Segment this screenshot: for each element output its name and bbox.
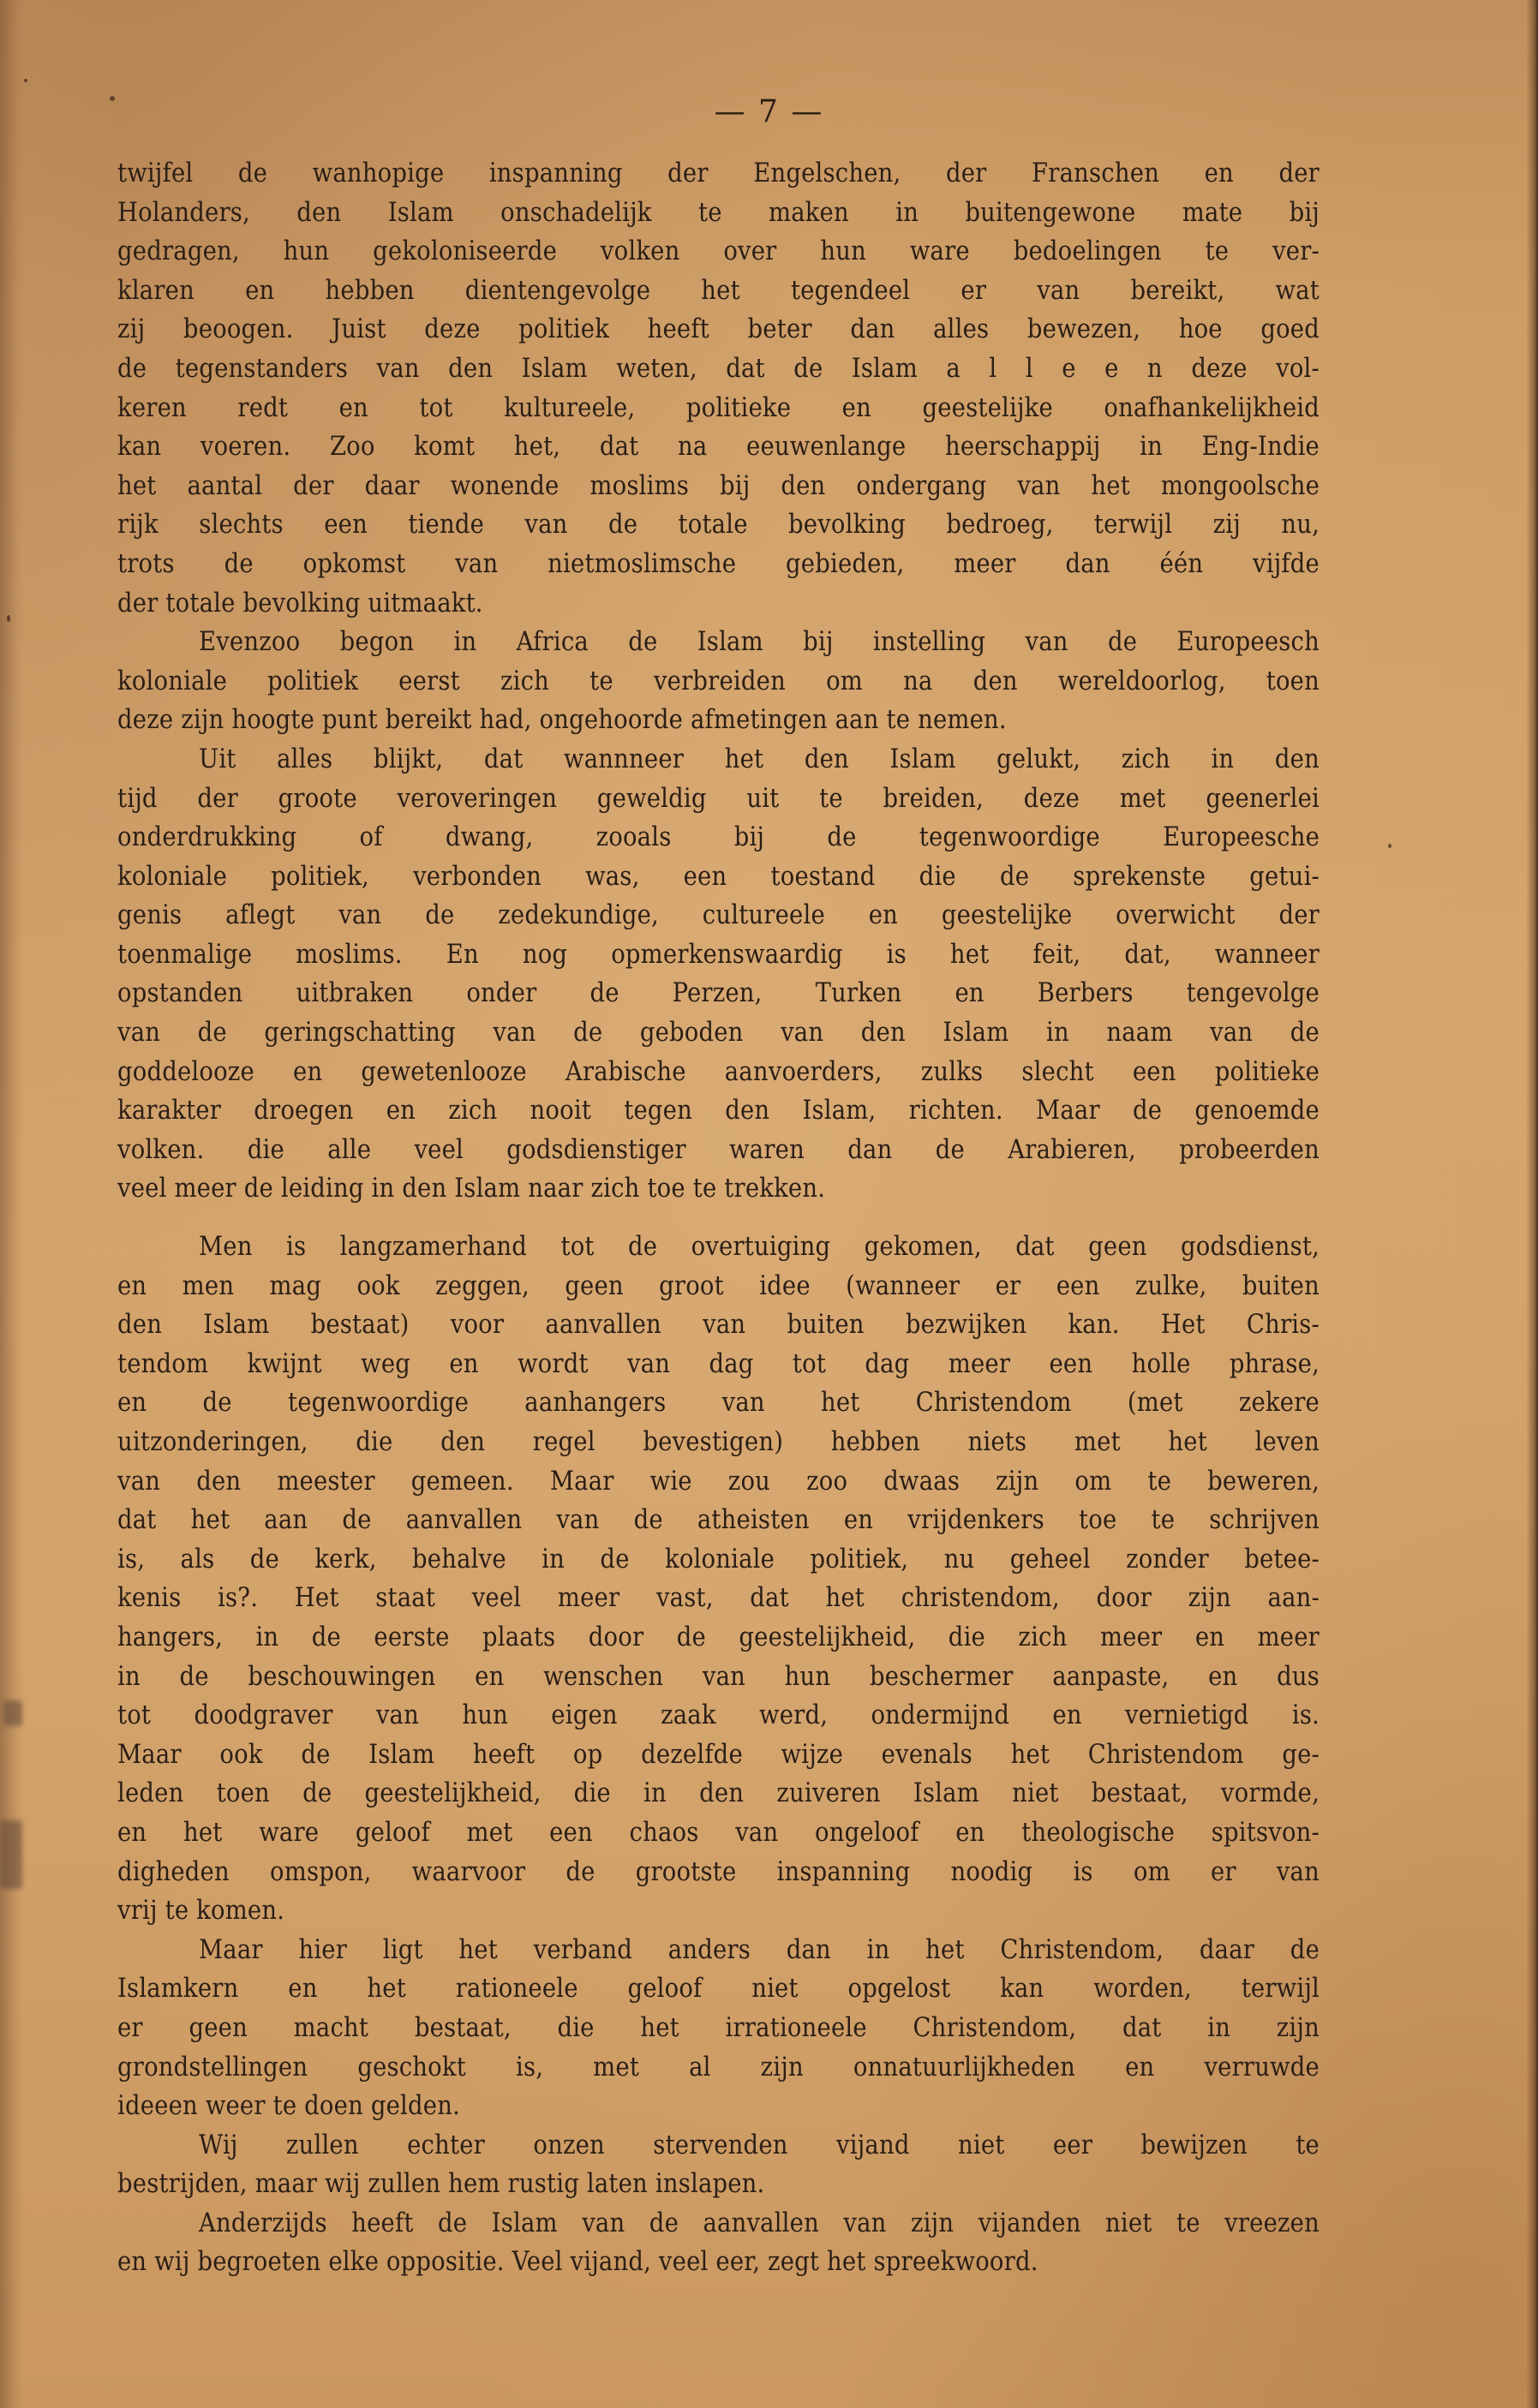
text-line: volken. die alle veel godsdienstiger war… [117,1131,1320,1170]
paragraph: Uit alles blijkt, dat wannneer het den I… [117,740,1320,1209]
paper-speck [7,615,10,622]
text-line: karakter droegen en zich nooit tegen den… [117,1091,1320,1131]
text-line: tijd der groote veroveringen geweldig ui… [117,780,1320,819]
paragraph: Anderzijds heeft de Islam van de aanvall… [117,2204,1320,2282]
paragraph: Maar hier ligt het verband anders dan in… [117,1931,1320,2126]
paragraph: Men is langzamerhand tot de overtuiging … [117,1228,1320,1931]
body-text: twijfel de wanhopige inspanning der Enge… [117,154,1320,2282]
text-line: Maar hier ligt het verband anders dan in… [117,1931,1320,1970]
text-line: leden toen de geestelijkheid, die in den… [117,1774,1320,1813]
text-line: kenis is?. Het staat veel meer vast, dat… [117,1579,1320,1618]
text-line: gedragen, hun gekoloniseerde volken over… [117,232,1320,272]
paragraph: twijfel de wanhopige inspanning der Enge… [117,154,1320,623]
text-line: Evenzoo begon in Africa de Islam bij ins… [117,623,1320,662]
text-line: in de beschouwingen en wenschen van hun … [117,1658,1320,1697]
text-line: koloniale politiek eerst zich te verbrei… [117,662,1320,702]
text-line: het aantal der daar wonende moslims bij … [117,467,1320,506]
text-line: hangers, in de eerste plaats door de gee… [117,1618,1320,1658]
text-line: kan voeren. Zoo komt het, dat na eeuwenl… [117,427,1320,467]
page-right-edge [1526,0,1538,2408]
text-line: opstanden uitbraken onder de Perzen, Tur… [117,974,1320,1013]
text-line: Islamkern en het rationeele geloof niet … [117,1969,1320,2009]
text-line: is, als de kerk, behalve in de koloniale… [117,1540,1320,1580]
text-line: Wij zullen echter onzen stervenden vijan… [117,2126,1320,2166]
text-line: en wij begroeten elke oppositie. Veel vi… [117,2243,1320,2282]
text-line: bestrijden, maar wij zullen hem rustig l… [117,2165,1320,2204]
text-line: uitzonderingen, die den regel bevestigen… [117,1423,1320,1462]
text-line: en de tegenwoordige aanhangers van het C… [117,1383,1320,1423]
text-line: Men is langzamerhand tot de overtuiging … [117,1228,1320,1267]
text-line: Maar ook de Islam heeft op dezelfde wijz… [117,1736,1320,1775]
text-line: zij beoogen. Juist deze politiek heeft b… [117,310,1320,350]
text-line: klaren en hebben dientengevolge het tege… [117,272,1320,311]
paper-speck [24,79,27,82]
text-line: den Islam bestaat) voor aanvallen van bu… [117,1306,1320,1345]
text-line: der totale bevolking uitmaakt. [117,584,1320,624]
text-line: tendom kwijnt weg en wordt van dag tot d… [117,1345,1320,1384]
text-line: twijfel de wanhopige inspanning der Enge… [117,154,1320,194]
paragraph: Wij zullen echter onzen stervenden vijan… [117,2126,1320,2204]
text-line: van de geringschatting van de geboden va… [117,1013,1320,1053]
text-line: koloniale politiek, verbonden was, een t… [117,857,1320,897]
ink-smudge [3,1700,22,1726]
text-line: trots de opkomst van nietmoslimsche gebi… [117,545,1320,584]
text-line: ideeen weer te doen gelden. [117,2087,1320,2126]
text-line: genis aflegt van de zedekundige, culture… [117,896,1320,935]
text-line: goddelooze en gewetenlooze Arabische aan… [117,1053,1320,1092]
text-line: en men mag ook zeggen, geen groot idee (… [117,1267,1320,1306]
text-line: tot doodgraver van hun eigen zaak werd, … [117,1696,1320,1736]
text-line: digheden omspon, waarvoor de grootste in… [117,1853,1320,1892]
text-line: vrij te komen. [117,1891,1320,1931]
text-line: veel meer de leiding in den Islam naar z… [117,1169,1320,1209]
text-line: toenmalige moslims. En nog opmerkenswaar… [117,935,1320,975]
text-line: van den meester gemeen. Maar wie zou zoo… [117,1462,1320,1502]
ink-smudge [0,1820,22,1889]
page-left-shadow [0,0,24,2408]
paragraph: Evenzoo begon in Africa de Islam bij ins… [117,623,1320,740]
text-line: Holanders, den Islam onschadelijk te mak… [117,194,1320,233]
text-line: Anderzijds heeft de Islam van de aanvall… [117,2204,1320,2244]
paper-speck [1388,844,1391,848]
text-line: onderdrukking of dwang, zooals bij de te… [117,818,1320,857]
scanned-page: — 7 — twijfel de wanhopige inspanning de… [0,0,1538,2408]
text-line: deze zijn hoogte punt bereikt had, ongeh… [117,701,1320,740]
text-line: en het ware geloof met een chaos van ong… [117,1813,1320,1853]
text-line: Uit alles blijkt, dat wannneer het den I… [117,740,1320,780]
text-line: grondstellingen geschokt is, met al zijn… [117,2048,1320,2088]
text-line: er geen macht bestaat, die het irratione… [117,2009,1320,2048]
text-line: keren redt en tot kultureele, politieke … [117,389,1320,428]
text-line: de tegenstanders van den Islam weten, da… [117,350,1320,389]
text-line: dat het aan de aanvallen van de atheiste… [117,1501,1320,1540]
text-line: rijk slechts een tiende van de totale be… [117,505,1320,545]
page-number: — 7 — [0,94,1538,129]
